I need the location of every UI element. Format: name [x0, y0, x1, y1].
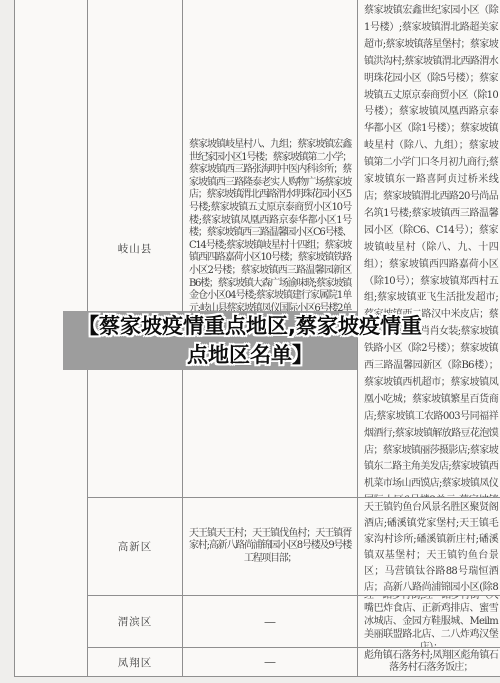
mid-risk-cell-weibin: —	[182, 595, 358, 648]
watermark-title: 【蔡家坡疫情重点地区,蔡家坡疫情重 点地区名单】	[0, 312, 500, 369]
low-risk-text: 经一路步行街;经一路步行街（大嘴巴炸食店、正新鸡排店、蜜雪冰城店、金园方鞋服城、…	[358, 595, 500, 648]
district-cell-qishan: 岐山县	[87, 0, 183, 498]
district-cell-fengxiang: 凤翔区	[87, 647, 183, 677]
mid-risk-text: 天王镇天王村；天王镇伐鱼村；天王镇胥家村;高新八路尚浦锦园小区8号楼及9号楼工程…	[183, 528, 357, 566]
low-risk-cell-fengxiang: 彪角镇石落务村;凤翔区彪角镇石落务村石落务饭庄；	[357, 647, 500, 677]
watermark-line-2: 点地区名单】	[0, 341, 500, 370]
district-cell-weibin: 渭滨区	[87, 595, 183, 648]
low-risk-cell-qishan: 蔡家坡镇宏鑫世纪家园小区（除1号楼）;蔡家坡镇渭北路超美家超市;蔡家坡镇落星堡村…	[357, 0, 500, 498]
mid-risk-cell-qishan: 蔡家坡镇岐星村八、九组；蔡家坡镇宏鑫世纪家园小区1号楼；蔡家坡镇第二小学；蔡家坡…	[182, 0, 358, 498]
empty-dash: —	[264, 615, 276, 629]
mid-risk-cell-gaoxin: 天王镇天王村；天王镇伐鱼村；天王镇胥家村;高新八路尚浦锦园小区8号楼及9号楼工程…	[182, 497, 358, 596]
low-risk-cell-gaoxin: 天王镇钓鱼台风景名胜区聚贤阁酒店;磻溪镇党家堡村;天王镇毛家沟村诊所;磻溪镇新庄…	[357, 497, 500, 596]
mid-risk-cell-fengxiang: —	[182, 647, 358, 677]
watermark-line-1: 【蔡家坡疫情重点地区,蔡家坡疫情重	[0, 312, 500, 341]
district-label: 渭滨区	[118, 614, 153, 629]
page: 岐山县 蔡家坡镇岐星村八、九组；蔡家坡镇宏鑫世纪家园小区1号楼；蔡家坡镇第二小学…	[0, 0, 500, 683]
low-risk-text: 天王镇钓鱼台风景名胜区聚贤阁酒店;磻溪镇党家堡村;天王镇毛家沟村诊所;磻溪镇新庄…	[358, 498, 500, 596]
district-label: 岐山县	[118, 241, 153, 256]
empty-dash: —	[264, 655, 276, 669]
district-label: 凤翔区	[118, 655, 153, 670]
low-risk-cell-weibin: 经一路步行街;经一路步行街（大嘴巴炸食店、正新鸡排店、蜜雪冰城店、金园方鞋服城、…	[357, 595, 500, 648]
low-risk-text: 彪角镇石落务村;凤翔区彪角镇石落务村石落务饭庄；	[358, 650, 500, 675]
district-label: 高新区	[118, 539, 153, 554]
district-cell-gaoxin: 高新区	[87, 497, 183, 596]
low-risk-text: 蔡家坡镇宏鑫世纪家园小区（除1号楼）;蔡家坡镇渭北路超美家超市;蔡家坡镇落星堡村…	[358, 0, 500, 498]
